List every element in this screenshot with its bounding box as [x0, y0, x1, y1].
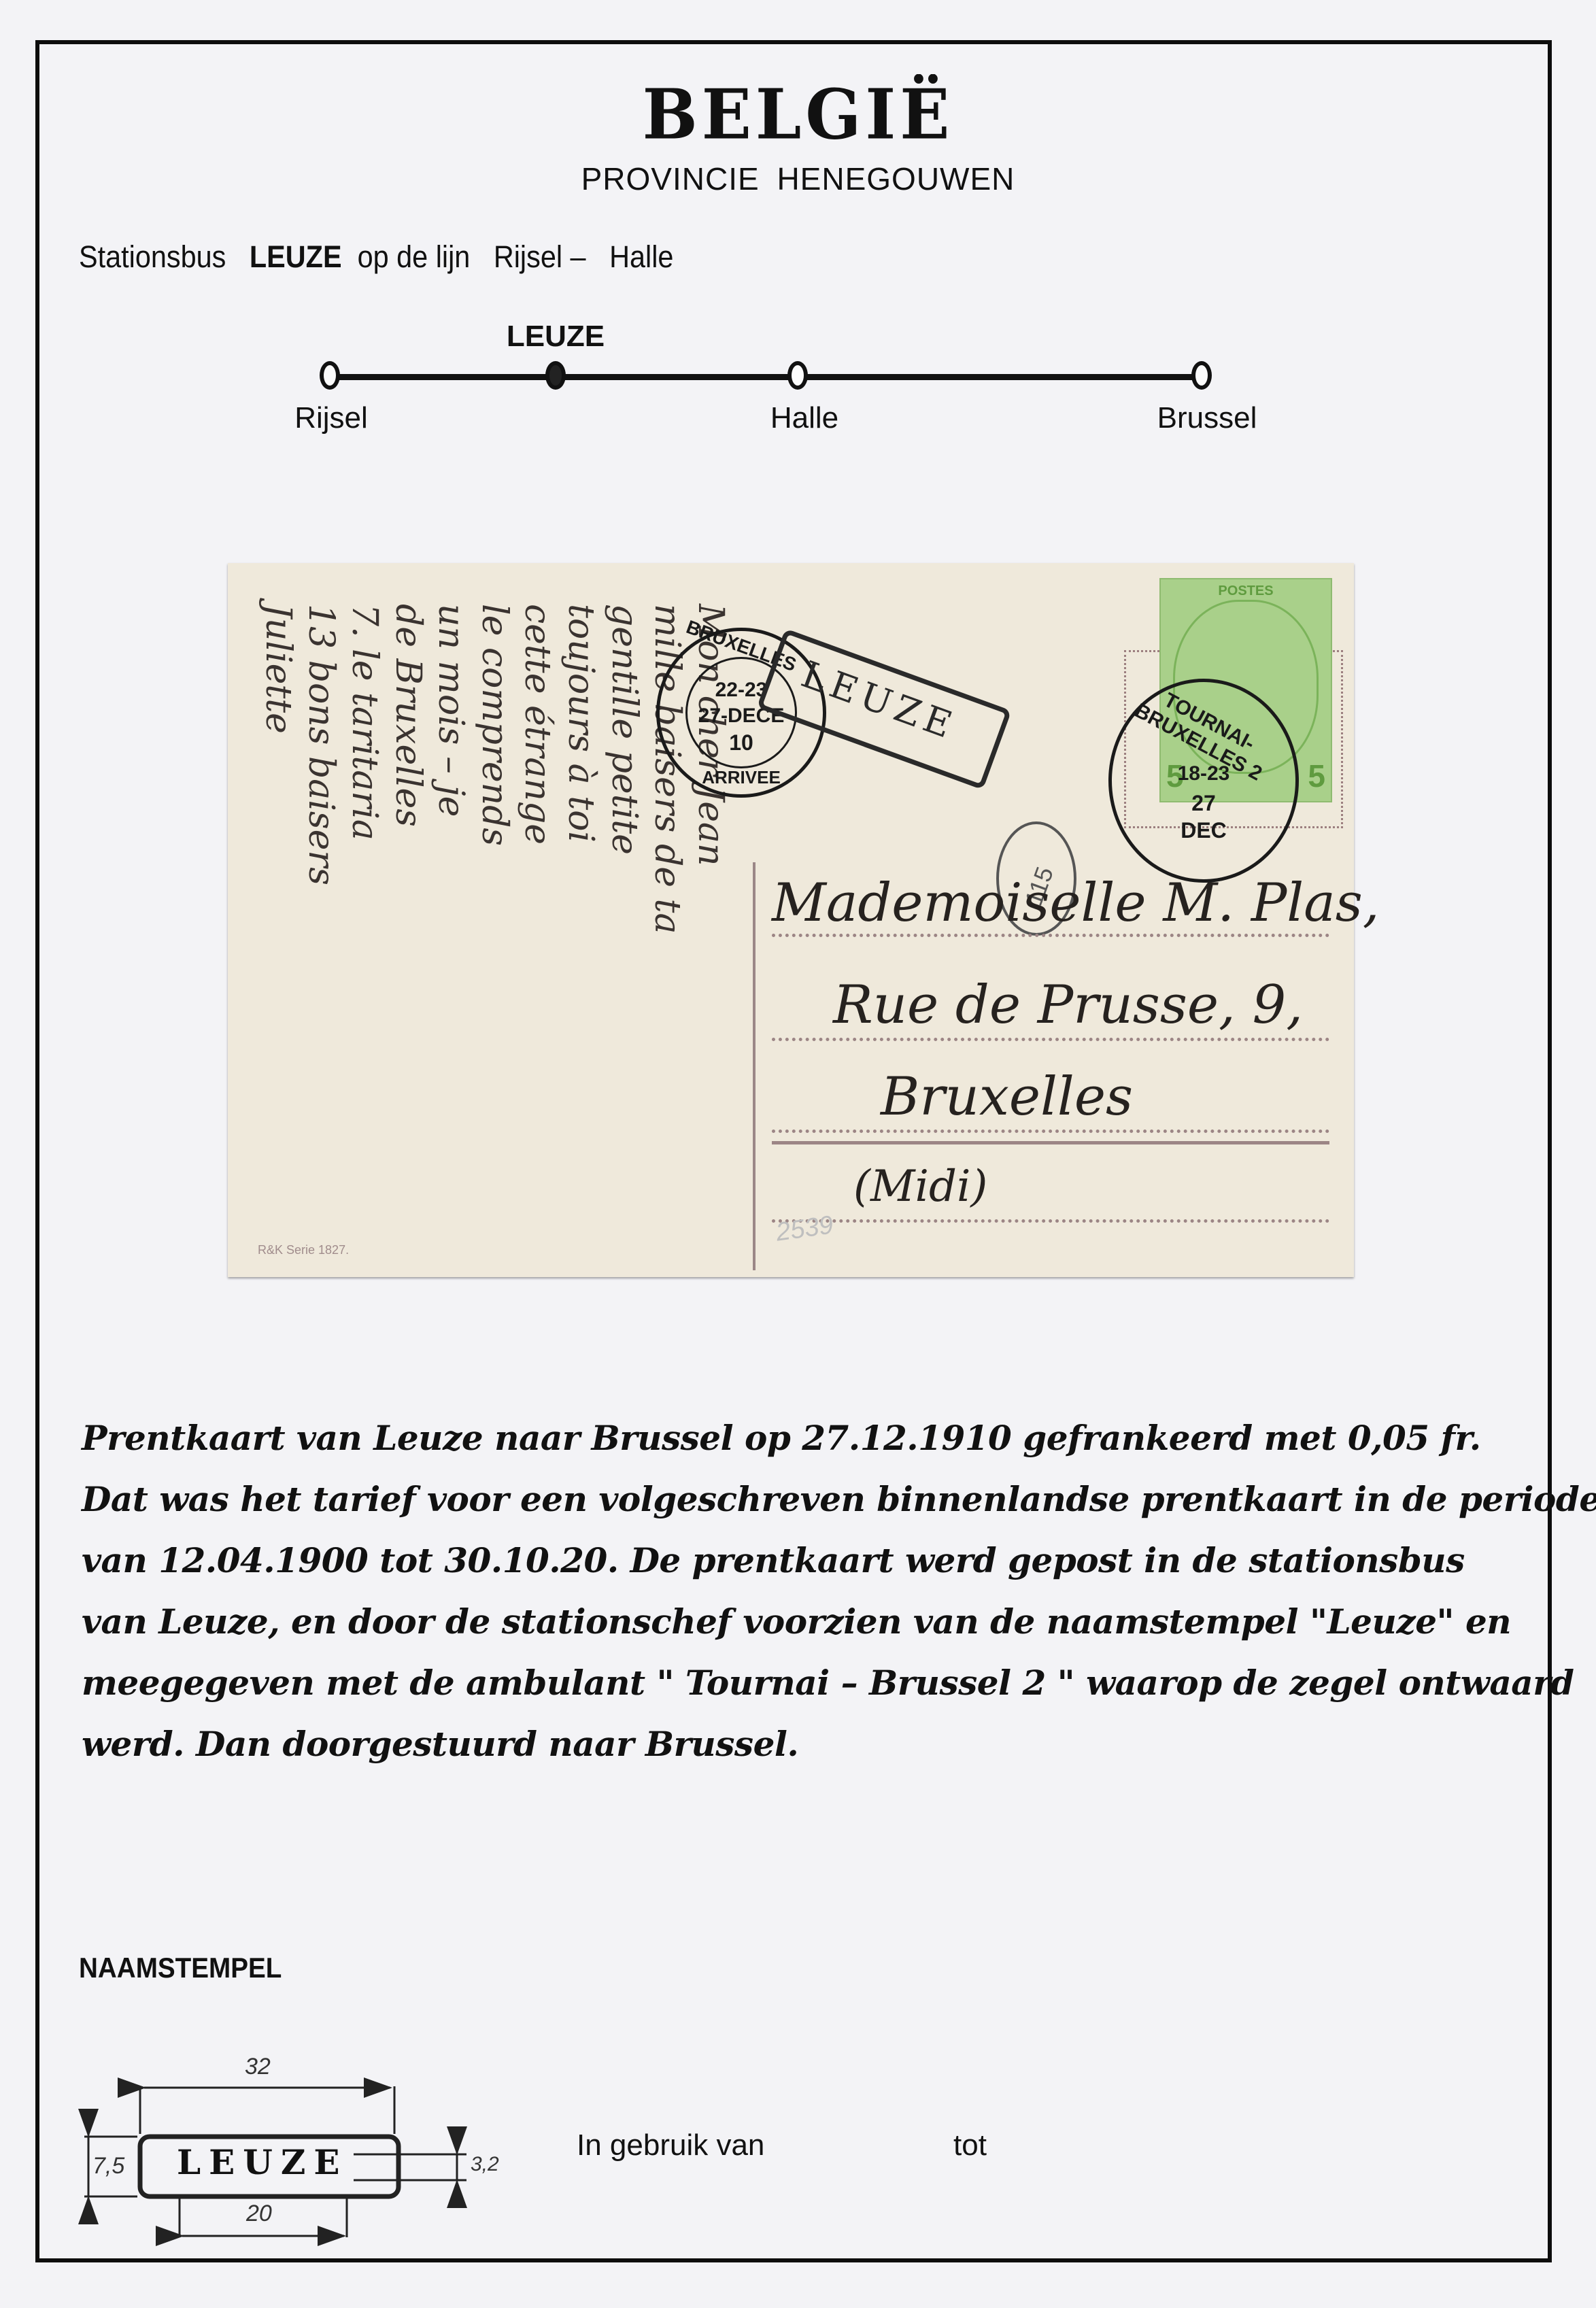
message-line: cette étrange	[517, 604, 558, 845]
dimension-height: 7,5	[92, 2153, 124, 2179]
arrival-cancel-year: 10	[660, 730, 823, 756]
stamp-header: POSTES	[1161, 583, 1331, 599]
message-line: de Bruxelles	[388, 604, 428, 827]
address-city: Bruxelles	[881, 1066, 1133, 1127]
message-line: gentille petite	[604, 604, 645, 855]
stop-label-rijsel: Rijsel	[294, 401, 368, 435]
route-diagram: LEUZE Rijsel Halle Brussel	[0, 313, 1596, 435]
dimension-width: 32	[245, 2054, 271, 2080]
address-line-1	[772, 934, 1329, 937]
stop-label-halle: Halle	[770, 401, 838, 435]
stop-leuze	[545, 361, 566, 390]
line-description: Stationsbus LEUZE op de lijn Rijsel – Ha…	[79, 239, 673, 275]
caption-line: meegegeven met de ambulant " Tournai – B…	[82, 1652, 1530, 1714]
address-district: (Midi)	[853, 1161, 987, 1212]
caption-line: Dat was het tarief voor een volgeschreve…	[82, 1469, 1530, 1530]
message-line: Juliette	[258, 604, 299, 734]
address-street: Rue de Prusse, 9,	[833, 974, 1303, 1036]
naamstempel-sample-text: LEUZE	[177, 2142, 347, 2182]
ambulant-cancel-month: DEC	[1112, 818, 1295, 843]
pencil-note: 2539	[774, 1210, 835, 1247]
message-line: un mois – je	[430, 604, 471, 817]
ambulant-cancel-date: 27	[1112, 791, 1295, 816]
stop-label-brussel: Brussel	[1157, 401, 1257, 435]
ambulant-cancel-time: 18-23	[1112, 762, 1295, 785]
message-line: 13 bons baisers	[301, 604, 341, 885]
message-line: toujours à toi	[560, 604, 601, 843]
route-track	[330, 374, 1200, 380]
current-station-label: LEUZE	[507, 320, 605, 354]
stamp-value-right: 5	[1308, 758, 1325, 794]
line-station: LEUZE	[250, 239, 342, 274]
caption-line: van 12.04.1900 tot 30.10.20. De prentkaa…	[82, 1530, 1530, 1591]
caption-line: werd. Dan doorgestuurd naar Brussel.	[82, 1714, 1530, 1775]
dimension-text-height: 3,2	[471, 2153, 499, 2176]
stop-halle	[787, 361, 808, 390]
caption-text: Prentkaart van Leuze naar Brussel op 27.…	[82, 1408, 1530, 1775]
line-to: Halle	[609, 239, 673, 274]
message-line: le comprends	[474, 604, 515, 846]
arrival-cancel-label: ARRIVEE	[660, 767, 823, 788]
message-line: 7. le taritaria	[344, 604, 385, 841]
line-prefix: Stationsbus	[79, 239, 226, 274]
line-from: Rijsel –	[494, 239, 586, 274]
usage-from-label: In gebruik van	[577, 2128, 764, 2162]
province-subtitle: PROVINCIE HENEGOUWEN	[0, 160, 1596, 197]
line-middle: op de lijn	[358, 239, 471, 274]
postcard-divider	[753, 862, 755, 1270]
address-line-2	[772, 1038, 1329, 1041]
caption-line: Prentkaart van Leuze naar Brussel op 27.…	[82, 1408, 1530, 1469]
stop-brussel	[1191, 361, 1212, 390]
address-name: Mademoiselle M. Plas,	[772, 872, 1380, 934]
page-title: BELGIË	[0, 74, 1596, 155]
dimension-text-width: 20	[246, 2201, 272, 2227]
postcard: Mon cher Jeanmille baisers de tagentille…	[228, 563, 1354, 1277]
publisher-mark: R&K Serie 1827.	[258, 1243, 349, 1257]
address-line-3-solid	[772, 1141, 1329, 1144]
caption-line: van Leuze, en door de stationschef voorz…	[82, 1591, 1530, 1652]
address-line-4	[772, 1219, 1329, 1223]
stop-rijsel	[320, 361, 340, 390]
naamstempel-heading: NAAMSTEMPEL	[79, 1952, 282, 1984]
ambulant-cancel: TOURNAI-BRUXELLES 2 18-23 27 DEC	[1108, 679, 1299, 883]
usage-to-label: tot	[953, 2128, 987, 2162]
address-line-3	[772, 1130, 1329, 1133]
